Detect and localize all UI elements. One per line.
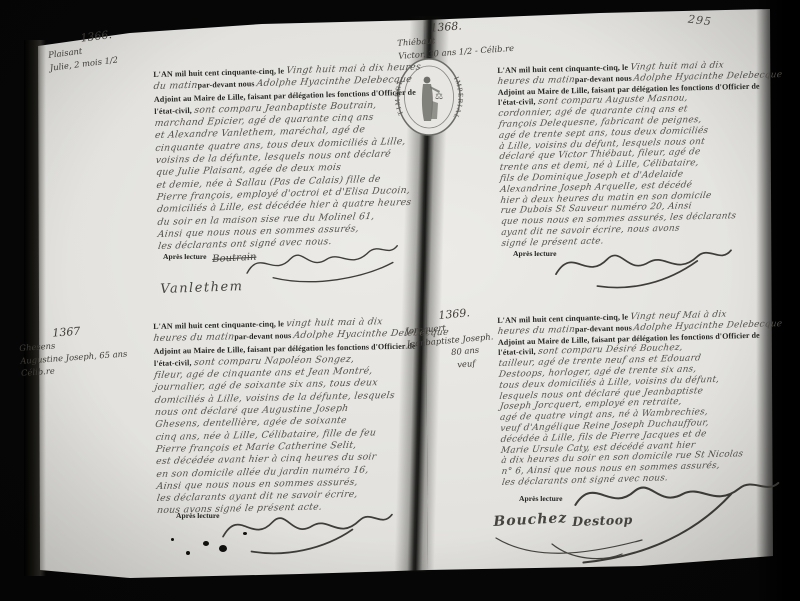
ink-blot bbox=[186, 551, 190, 555]
act-1367-body: L'AN mil huit cent cinquante-cinq, le vi… bbox=[153, 311, 419, 513]
page-stack-edge bbox=[24, 40, 46, 576]
signature-destoop: Destoop bbox=[572, 512, 633, 529]
signature-flourish bbox=[492, 530, 652, 564]
signature-vanlethem: Vanlethem bbox=[160, 279, 244, 297]
ink-blot bbox=[171, 538, 174, 541]
handwritten-text: vingt huit mai à dix bbox=[285, 316, 383, 329]
folio-number: 295 bbox=[687, 13, 712, 29]
ink-blot bbox=[243, 532, 247, 535]
act-1366-body: L'AN mil huit cent cinquante-cinq, le Vi… bbox=[153, 57, 420, 249]
act-1369-body: L'AN mil huit cent cinquante-cinq, le Vi… bbox=[497, 303, 770, 483]
registry-scan: 295 TIMBRE IMPÉRIAL ⚖ 1366.PlaisantJulie… bbox=[0, 0, 800, 601]
apres-lecture-label: Après lecture bbox=[176, 511, 220, 520]
apres-lecture-label: Après lecture bbox=[163, 252, 207, 261]
apres-lecture-label: Après lecture bbox=[513, 249, 557, 258]
signature-paraph-delebecque bbox=[242, 236, 404, 288]
act-1368-body: L'AN mil huit cent cinquante-cinq, le Vi… bbox=[497, 53, 769, 243]
signature-paraph-delebecque bbox=[551, 236, 737, 295]
apres-lecture-label: Après lecture bbox=[519, 494, 563, 503]
signature-paraph-delebecque bbox=[218, 497, 398, 561]
ink-blot bbox=[219, 545, 227, 552]
handwritten-text: du matin bbox=[153, 80, 198, 92]
svg-text:⚖: ⚖ bbox=[435, 91, 443, 101]
handwritten-text: heures du matin bbox=[497, 75, 576, 87]
margin-annotation-1367: 1367GhesensAugustine Joseph, 65 ansCélib… bbox=[18, 319, 166, 380]
ink-blot bbox=[203, 541, 209, 546]
handwritten-text: heures du matin bbox=[497, 325, 576, 337]
handwritten-text: heures du matin bbox=[153, 332, 235, 345]
